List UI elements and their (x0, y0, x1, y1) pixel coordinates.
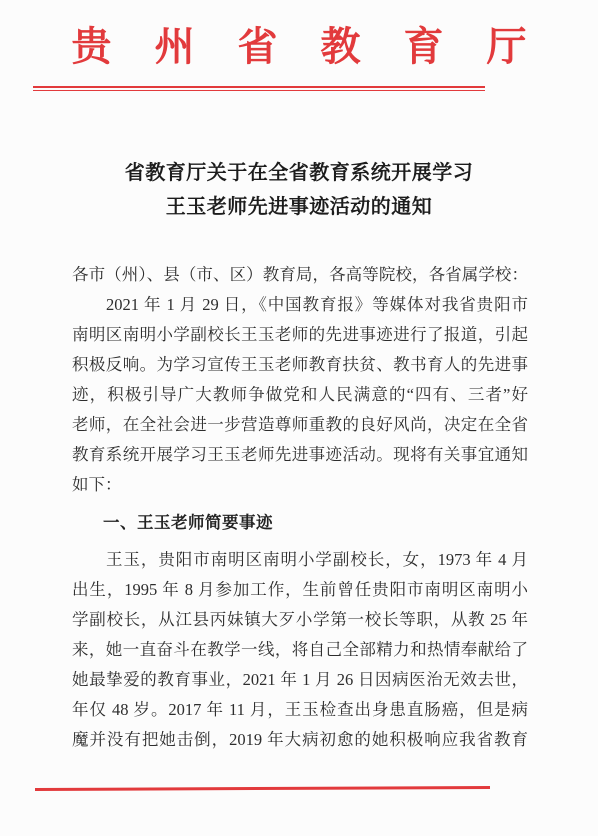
body-line: 迹，积极引导广大教师争做党和人民满意的“四有、三者”好 (72, 380, 528, 410)
body-line: 积极反响。为学习宣传王玉老师教育扶贫、教书育人的先进事 (72, 350, 528, 380)
body-line: 2021 年 1 月 29 日，《中国教育报》等媒体对我省贵阳市 (72, 290, 528, 320)
body-line: 魔并没有把她击倒，2019 年大病初愈的她积极响应我省教育 (72, 725, 528, 755)
body-line: 教育系统开展学习王玉老师先进事迹活动。现将有关事宜通知 (72, 440, 528, 470)
document-title: 省教育厅关于在全省教育系统开展学习 王玉老师先进事迹活动的通知 (0, 156, 598, 224)
body-line: 来，她一直奋斗在教学一线，将自己全部精力和热情奉献给了 (72, 635, 528, 665)
letterhead-double-rule (33, 86, 485, 91)
section-1-heading: 一、王玉老师简要事迹 (72, 508, 528, 538)
body-line: 南明区南明小学副校长王玉老师的先进事迹进行了报道，引起 (72, 320, 528, 350)
body-line: 年仅 48 岁。2017 年 11 月，王玉检查出身患直肠癌，但是病 (72, 695, 528, 725)
footer-rule (35, 786, 490, 790)
body-line: 出生，1995 年 8 月参加工作，生前曾任贵阳市南明区南明小 (72, 575, 528, 605)
body-line: 她最挚爱的教育事业，2021 年 1 月 26 日因病医治无效去世， (72, 665, 528, 695)
body-line: 老师，在全社会进一步营造尊师重教的良好风尚，决定在全省 (72, 410, 528, 440)
body-line: 如下： (72, 470, 528, 500)
document-page: 贵州省教育厅 省教育厅关于在全省教育系统开展学习 王玉老师先进事迹活动的通知 各… (0, 0, 598, 836)
document-title-line-1: 省教育厅关于在全省教育系统开展学习 (0, 156, 598, 190)
body-line: 学副校长，从江县丙妹镇大歹小学第一校长等职，从教 25 年 (72, 605, 528, 635)
body-line: 王玉，贵阳市南明区南明小学副校长，女，1973 年 4 月 (72, 545, 528, 575)
document-title-line-2: 王玉老师先进事迹活动的通知 (0, 190, 598, 224)
salutation-line: 各市（州）、县（市、区）教育局，各高等院校，各省属学校： (72, 260, 528, 290)
document-body: 各市（州）、县（市、区）教育局，各高等院校，各省属学校： 2021 年 1 月 … (72, 260, 528, 755)
letterhead-org-name: 贵州省教育厅 (0, 20, 598, 74)
